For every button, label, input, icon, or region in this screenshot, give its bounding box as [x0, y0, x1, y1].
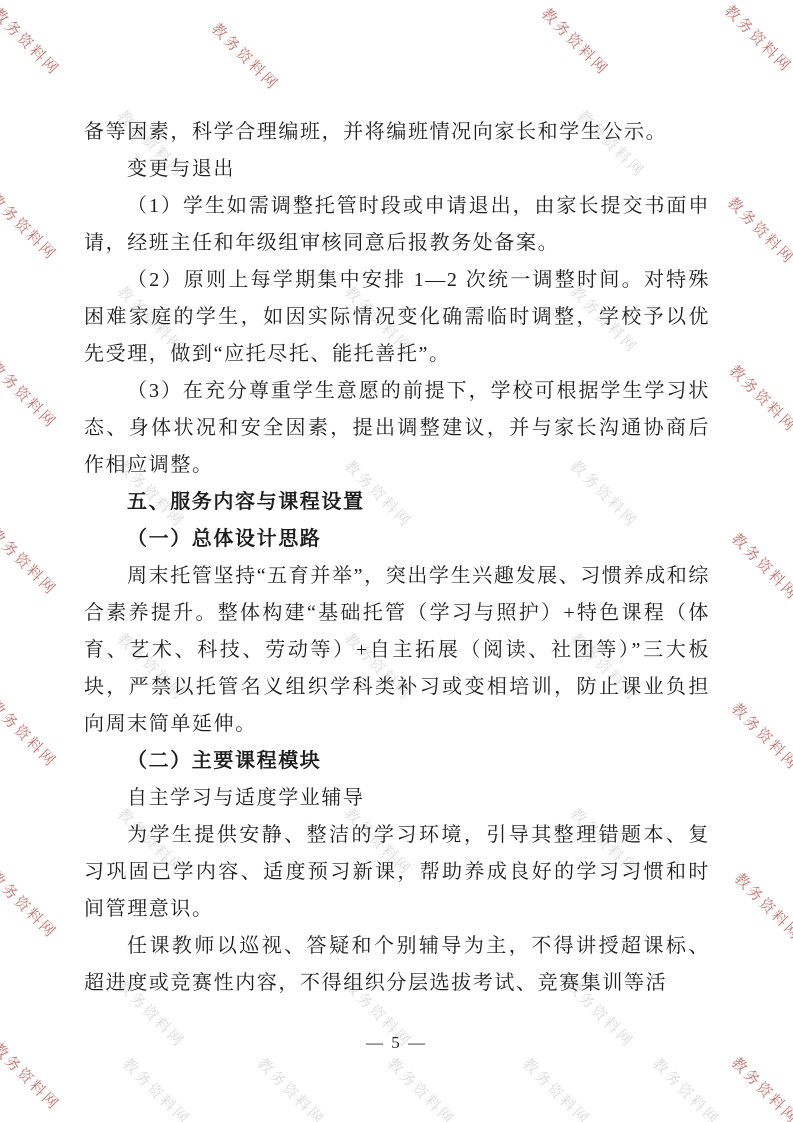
- watermark-text: 教务资料网: [0, 866, 62, 943]
- watermark-text: 教务资料网: [648, 1053, 725, 1122]
- watermark-text: 教务资料网: [725, 360, 793, 437]
- watermark-text: 教务资料网: [727, 698, 793, 775]
- document-body: 备等因素，科学合理编班，并将编班情况向家长和学生公示。变更与退出（1）学生如需调…: [84, 114, 710, 1002]
- paragraph: （3）在充分尊重学生意愿的前提下，学校可根据学生学习状态、身体状况和安全因素，提…: [84, 373, 710, 484]
- paragraph: 周末托管坚持“五育并举”，突出学生兴趣发展、习惯养成和综合素养提升。整体构建“基…: [84, 558, 710, 743]
- watermark-text: 教务资料网: [253, 1053, 330, 1122]
- watermark-text: 教务资料网: [0, 523, 62, 600]
- watermark-text: 教务资料网: [0, 356, 62, 433]
- paragraph: 变更与退出: [84, 151, 710, 188]
- watermark-text: 教务资料网: [0, 188, 62, 265]
- watermark-text: 教务资料网: [118, 1053, 195, 1122]
- sub-heading: （一）总体设计思路: [84, 521, 710, 558]
- watermark-text: 教务资料网: [720, 0, 793, 77]
- page-number: — 5 —: [0, 1033, 793, 1053]
- watermark-text: 教务资料网: [537, 3, 614, 80]
- watermark-text: 教务资料网: [207, 18, 284, 95]
- watermark-text: 教务资料网: [727, 1052, 793, 1122]
- watermark-text: 教务资料网: [0, 3, 65, 80]
- watermark-text: 教务资料网: [518, 1053, 595, 1122]
- watermark-text: 教务资料网: [383, 1053, 460, 1122]
- paragraph: 任课教师以巡视、答疑和个别辅导为主，不得讲授超课标、超进度或竞赛性内容，不得组织…: [84, 928, 710, 1002]
- paragraph: （2）原则上每学期集中安排 1—2 次统一调整时间。对特殊困难家庭的学生，如因实…: [84, 262, 710, 373]
- document-page: 教务资料网教务资料网教务资料网教务资料网教务资料网教务资料网教务资料网教务资料网…: [0, 0, 793, 1122]
- watermark-text: 教务资料网: [730, 868, 793, 945]
- watermark-text: 教务资料网: [723, 192, 793, 269]
- paragraph: 为学生提供安静、整洁的学习环境，引导其整理错题本、复习巩固已学内容、适度预习新课…: [84, 817, 710, 928]
- paragraph: 备等因素，科学合理编班，并将编班情况向家长和学生公示。: [84, 114, 710, 151]
- paragraph: 自主学习与适度学业辅导: [84, 780, 710, 817]
- sub-heading: （二）主要课程模块: [84, 743, 710, 780]
- watermark-text: 教务资料网: [727, 528, 793, 605]
- paragraph: （1）学生如需调整托管时段或申请退出，由家长提交书面申请，经班主任和年级组审核同…: [84, 188, 710, 262]
- watermark-text: 教务资料网: [0, 695, 62, 772]
- section-heading: 五、服务内容与课程设置: [84, 484, 710, 521]
